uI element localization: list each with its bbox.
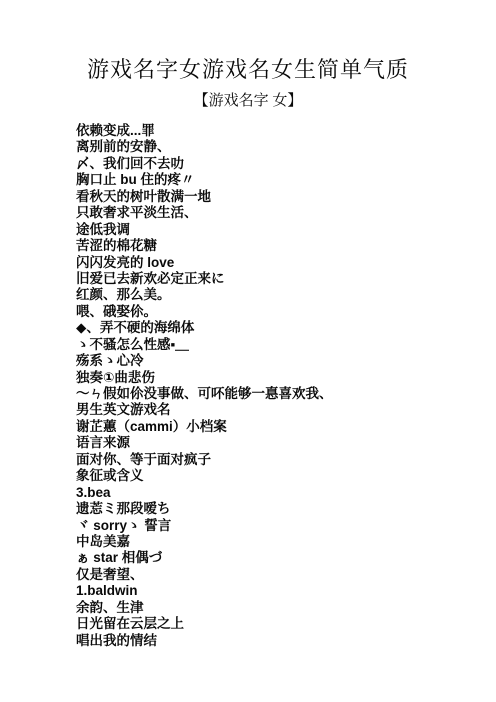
list-line: 遗莣ミ那段嗳ち bbox=[76, 501, 476, 517]
list-line: ヾ sorryゝ 誓言 bbox=[76, 518, 476, 534]
list-line: ◆、弄不硬的海绵体 bbox=[76, 320, 476, 336]
list-line: 只敢奢求平淡生活、 bbox=[76, 205, 476, 221]
list-line: 男生英文游戏名 bbox=[76, 402, 476, 418]
page-title: 游戏名字女游戏名女生简单气质 bbox=[0, 0, 496, 85]
list-line: 独奏①曲悲伤 bbox=[76, 370, 476, 386]
list-line: 日光留在云层之上 bbox=[76, 616, 476, 632]
list-line: 红颜、那么美。 bbox=[76, 287, 476, 303]
list-line: 语言来源 bbox=[76, 435, 476, 451]
list-line: 依赖变成...罪 bbox=[76, 123, 476, 139]
list-line: 余韵、生津 bbox=[76, 600, 476, 616]
list-line: ゝ不骚怎么性感▪＿ bbox=[76, 337, 476, 353]
name-list: 依赖变成...罪离别前的安静、〆、我们回不去叻胸口止 bu 住的疼〃看秋天的树叶… bbox=[0, 123, 496, 649]
list-line: 喂、硪娶伱。 bbox=[76, 304, 476, 320]
list-line: 唱出我的情结 bbox=[76, 633, 476, 649]
list-line: 象征或含义 bbox=[76, 468, 476, 484]
list-line: 谢芷蕙（cammi）小档案 bbox=[76, 419, 476, 435]
list-line: ぁ star 相偶づ bbox=[76, 550, 476, 566]
list-line: 旧爱已去新欢必定正来に bbox=[76, 271, 476, 287]
list-line: 3.bea bbox=[76, 485, 476, 501]
list-line: 殇系ゝ心冷 bbox=[76, 353, 476, 369]
list-line: 闪闪发亮的 love bbox=[76, 255, 476, 271]
list-line: 〆、我们回不去叻 bbox=[76, 156, 476, 172]
list-line: 1.baldwin bbox=[76, 583, 476, 599]
page-subtitle: 【游戏名字 女】 bbox=[0, 91, 496, 111]
list-line: 看秋天的树叶散满一地 bbox=[76, 189, 476, 205]
list-line: 途低我调 bbox=[76, 222, 476, 238]
list-line: 胸口止 bu 住的疼〃 bbox=[76, 172, 476, 188]
list-line: 面对你、等于面对疯子 bbox=[76, 452, 476, 468]
list-line: 〜ㄣ假如伱没事做、可吥能够一惪喜欢我、 bbox=[76, 386, 476, 402]
document-page: 游戏名字女游戏名女生简单气质 【游戏名字 女】 依赖变成...罪离别前的安静、〆… bbox=[0, 0, 496, 702]
list-line: 中岛美嘉 bbox=[76, 534, 476, 550]
list-line: 苦涩的棉花糖 bbox=[76, 238, 476, 254]
list-line: 仅是奢望、 bbox=[76, 567, 476, 583]
list-line: 离别前的安静、 bbox=[76, 139, 476, 155]
